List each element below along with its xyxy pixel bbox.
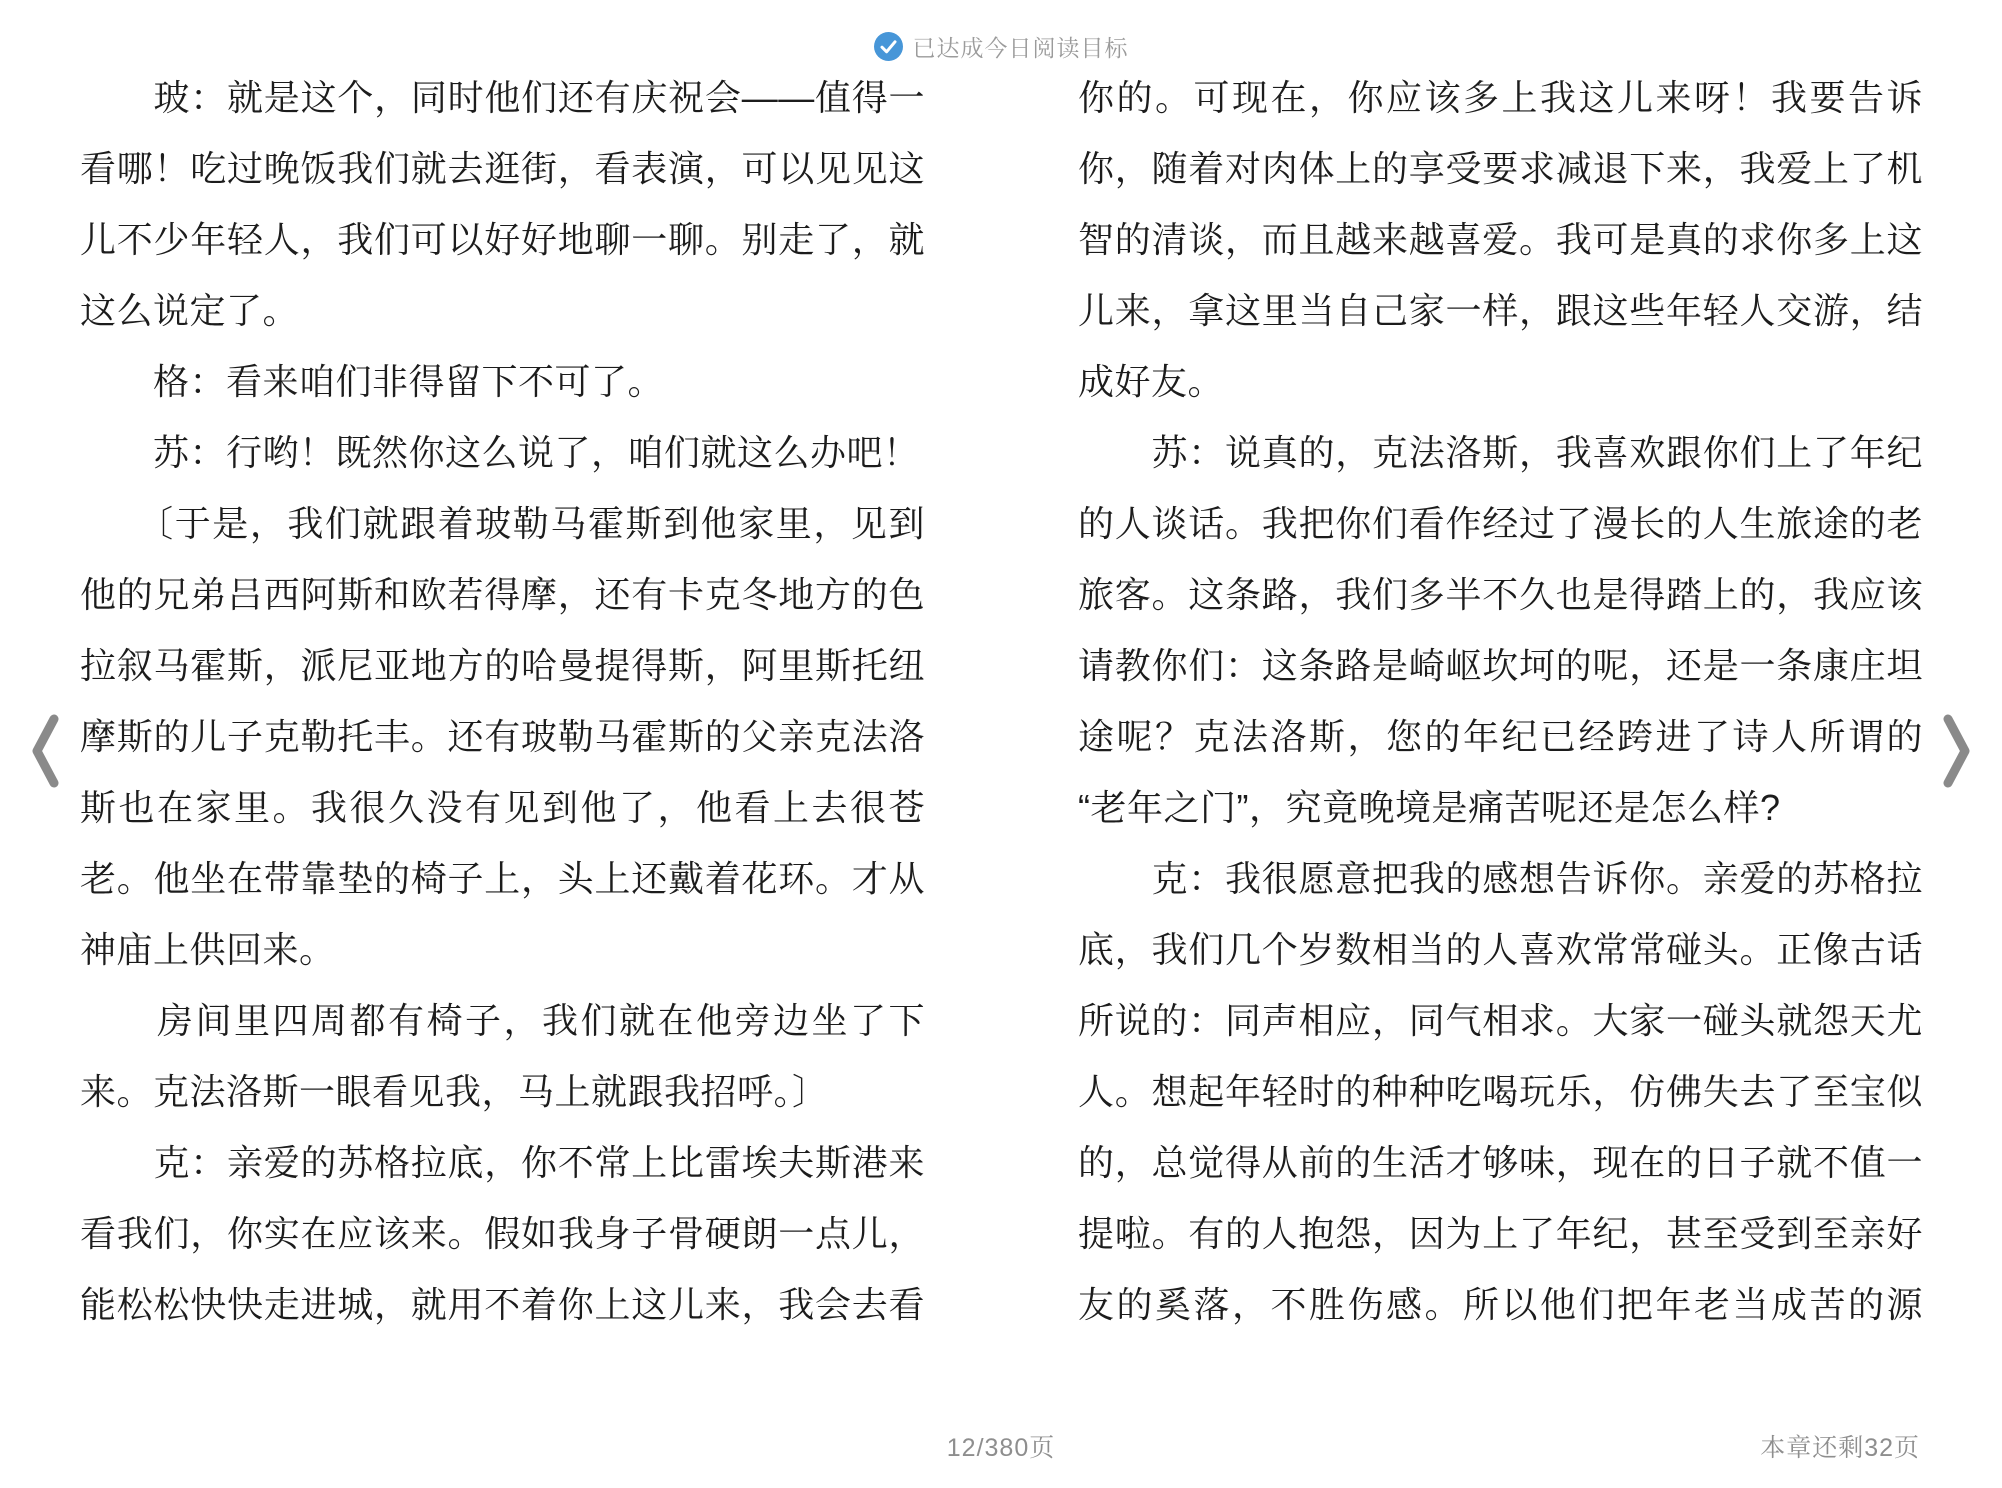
text-line: 能松松快快走进城，就用不着你上这儿来，我会去看 (80, 1269, 925, 1340)
text-line: 克：我很愿意把我的感想告诉你。亲爱的苏格拉 (1078, 843, 1923, 914)
text-line: 拉叙马霍斯，派尼亚地方的哈曼提得斯，阿里斯托纽 (80, 630, 925, 701)
text-line: 旅客。这条路，我们多半不久也是得踏上的，我应该 (1078, 559, 1923, 630)
text-line: 这么说定了。 (80, 275, 925, 346)
text-line: 智的清谈，而且越来越喜爱。我可是真的求你多上这 (1078, 204, 1923, 275)
check-circle-icon (874, 32, 903, 61)
text-line: 所说的：同声相应，同气相求。大家一碰头就怨天尤 (1078, 985, 1923, 1056)
text-line: 苏：说真的，克法洛斯，我喜欢跟你们上了年纪 (1078, 417, 1923, 488)
text-line: 格：看来咱们非得留下不可了。 (80, 346, 925, 417)
text-line: 你的。可现在，你应该多上我这儿来呀！我要告诉 (1078, 62, 1923, 133)
text-line: “老年之门”，究竟晚境是痛苦呢还是怎么样? (1078, 772, 1923, 843)
text-line: 的，总觉得从前的生活才够味，现在的日子就不值一 (1078, 1127, 1923, 1198)
chapter-remaining: 本章还剩32页 (1760, 1428, 1920, 1464)
text-line: 请教你们：这条路是崎岖坎坷的呢，还是一条康庄坦 (1078, 630, 1923, 701)
text-line: 成好友。 (1078, 346, 1923, 417)
text-line: 来。克法洛斯一眼看见我，马上就跟我招呼。〕 (80, 1056, 925, 1127)
text-line: 玻：就是这个，同时他们还有庆祝会——值得一 (80, 62, 925, 133)
prev-page-button[interactable] (28, 712, 62, 790)
text-line: 克：亲爱的苏格拉底，你不常上比雷埃夫斯港来 (80, 1127, 925, 1198)
text-line: 途呢？克法洛斯，您的年纪已经跨进了诗人所谓的 (1078, 701, 1923, 772)
text-line: 儿来，拿这里当自己家一样，跟这些年轻人交游，结 (1078, 275, 1923, 346)
text-line: 友的奚落，不胜伤感。所以他们把年老当成苦的源 (1078, 1269, 1923, 1340)
text-line: 房间里四周都有椅子，我们就在他旁边坐了下 (80, 985, 925, 1056)
text-line: 的人谈话。我把你们看作经过了漫长的人生旅途的老 (1078, 488, 1923, 559)
text-line: 苏：行哟！既然你这么说了，咱们就这么办吧！ (80, 417, 925, 488)
text-line: 〔于是，我们就跟着玻勒马霍斯到他家里，见到 (80, 488, 925, 559)
text-line: 提啦。有的人抱怨，因为上了年纪，甚至受到至亲好 (1078, 1198, 1923, 1269)
reading-goal-banner: 已达成今日阅读目标 (0, 30, 2002, 63)
text-line: 他的兄弟吕西阿斯和欧若得摩，还有卡克冬地方的色 (80, 559, 925, 630)
text-line: 神庙上供回来。 (80, 914, 925, 985)
text-line: 儿不少年轻人，我们可以好好地聊一聊。别走了，就 (80, 204, 925, 275)
reading-goal-label: 已达成今日阅读目标 (913, 30, 1129, 63)
text-line: 看哪！吃过晚饭我们就去逛街，看表演，可以见见这 (80, 133, 925, 204)
text-line: 斯也在家里。我很久没有见到他了，他看上去很苍 (80, 772, 925, 843)
chevron-right-icon (1940, 712, 1974, 790)
text-line: 摩斯的儿子克勒托丰。还有玻勒马霍斯的父亲克法洛 (80, 701, 925, 772)
page-indicator: 12/380页 (0, 1428, 2002, 1464)
text-line: 看我们，你实在应该来。假如我身子骨硬朗一点儿， (80, 1198, 925, 1269)
text-line: 人。想起年轻时的种种吃喝玩乐，仿佛失去了至宝似 (1078, 1056, 1923, 1127)
text-column-right: 你的。可现在，你应该多上我这儿来呀！我要告诉你，随着对肉体上的享受要求减退下来，… (1078, 62, 1923, 1340)
text-line: 老。他坐在带靠垫的椅子上，头上还戴着花环。才从 (80, 843, 925, 914)
text-column-left: 玻：就是这个，同时他们还有庆祝会——值得一看哪！吃过晚饭我们就去逛街，看表演，可… (80, 62, 925, 1340)
next-page-button[interactable] (1940, 712, 1974, 790)
chevron-left-icon (28, 712, 62, 790)
text-line: 你，随着对肉体上的享受要求减退下来，我爱上了机 (1078, 133, 1923, 204)
text-line: 底，我们几个岁数相当的人喜欢常常碰头。正像古话 (1078, 914, 1923, 985)
